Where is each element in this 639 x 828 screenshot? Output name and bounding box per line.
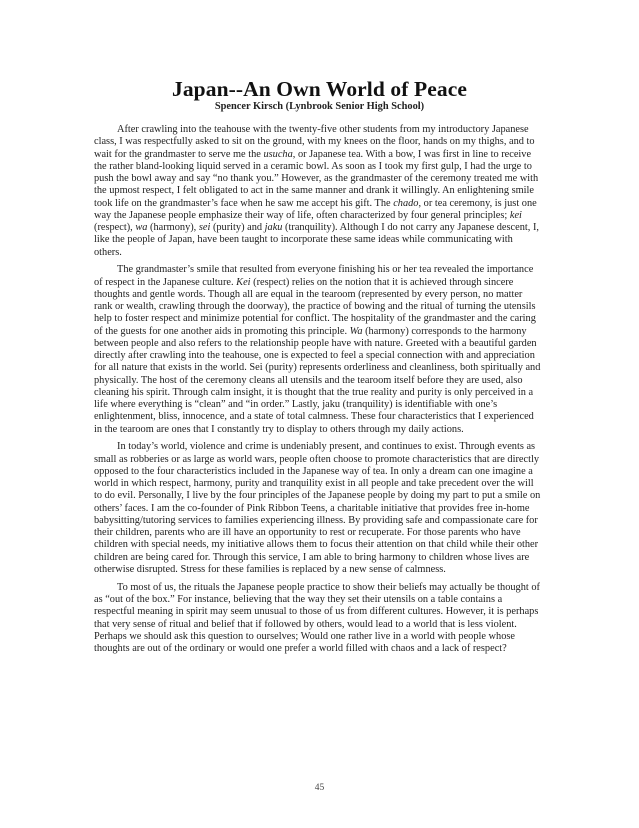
text-line: between people and also refers to the re… bbox=[94, 338, 546, 350]
italic-term: usucha bbox=[263, 149, 292, 160]
text-line: way the Japanese people emphasize their … bbox=[94, 210, 546, 222]
text-run: in the tearoom are ones that I constantl… bbox=[94, 424, 464, 435]
italic-term: Kei bbox=[236, 277, 250, 288]
text-run: rank or wealth, crawling through the doo… bbox=[94, 301, 536, 312]
text-line: for all nature that exists in the world.… bbox=[94, 362, 546, 374]
text-run: (respect), bbox=[94, 222, 135, 233]
text-run: others’ faces. I am the co-founder of Pi… bbox=[94, 503, 529, 514]
text-run: opposed to the four characteristics incl… bbox=[94, 466, 533, 477]
text-run: thoughts and gentle words. Though all ar… bbox=[94, 289, 522, 300]
text-line: cleaning his spirit. Through calm insigh… bbox=[94, 387, 546, 399]
paragraph: The grandmaster’s smile that resulted fr… bbox=[94, 264, 546, 436]
text-run: class, I was respectfully asked to sit o… bbox=[94, 136, 535, 147]
text-line: children are being cared for. Through th… bbox=[94, 552, 546, 564]
text-run: (harmony), bbox=[147, 222, 198, 233]
text-line: others. bbox=[94, 247, 546, 259]
text-line: of the guests for one another aids in pr… bbox=[94, 326, 546, 338]
text-run: to do evil. Personally, I live by the fo… bbox=[94, 490, 540, 501]
text-run: their children, parents who are ill have… bbox=[94, 527, 521, 538]
text-run: of respect in the Japanese culture. bbox=[94, 277, 236, 288]
text-line: took life on the grandmaster’s face when… bbox=[94, 198, 546, 210]
italic-term: chado bbox=[393, 198, 418, 209]
text-run: After crawling into the teahouse with th… bbox=[117, 124, 529, 135]
text-run: the upmost respect, I felt obligated to … bbox=[94, 185, 534, 196]
text-run: (respect) relies on the notion that it i… bbox=[251, 277, 514, 288]
text-line: thoughts are out of the ordinary or woul… bbox=[94, 643, 546, 655]
italic-term: jaku bbox=[265, 222, 283, 233]
text-run: respectful meaning in spirit may seem un… bbox=[94, 606, 538, 617]
text-run: as “out of the box.” For instance, belie… bbox=[94, 594, 502, 605]
paragraph: After crawling into the teahouse with th… bbox=[94, 124, 546, 259]
text-run: To most of us, the rituals the Japanese … bbox=[117, 582, 540, 593]
text-run: help to foster respect and minimize pote… bbox=[94, 313, 536, 324]
text-line: thoughts and gentle words. Though all ar… bbox=[94, 289, 546, 301]
text-run: , or Japanese tea. With a bow, I was fir… bbox=[293, 149, 531, 160]
text-run: thoughts are out of the ordinary or woul… bbox=[94, 643, 507, 654]
text-line: rank or wealth, crawling through the doo… bbox=[94, 301, 546, 313]
text-line: class, I was respectfully asked to sit o… bbox=[94, 136, 546, 148]
text-run: that very sense of ritual and belief tha… bbox=[94, 619, 517, 630]
author-line: Spencer Kirsch (Lynbrook Senior High Sch… bbox=[0, 101, 639, 112]
text-line: To most of us, the rituals the Japanese … bbox=[94, 582, 546, 594]
text-line: like the people of Japan, have been taug… bbox=[94, 234, 546, 246]
text-line: physically. The host of the ceremony cle… bbox=[94, 375, 546, 387]
text-run: the rather bland-looking liquid served i… bbox=[94, 161, 532, 172]
text-line: help to foster respect and minimize pote… bbox=[94, 313, 546, 325]
text-run: (tranquility). Although I do not carry a… bbox=[282, 222, 539, 233]
text-line: others’ faces. I am the co-founder of Pi… bbox=[94, 503, 546, 515]
text-line: After crawling into the teahouse with th… bbox=[94, 124, 546, 136]
text-line: world in which respect, harmony, purity … bbox=[94, 478, 546, 490]
essay-body: After crawling into the teahouse with th… bbox=[94, 124, 546, 661]
text-line: enlightenment, bliss, innocence, and a s… bbox=[94, 411, 546, 423]
text-run: The grandmaster’s smile that resulted fr… bbox=[117, 264, 533, 275]
italic-term: kei bbox=[510, 210, 522, 221]
text-run: others. bbox=[94, 247, 122, 258]
text-run: babysitting/tutoring services to familie… bbox=[94, 515, 538, 526]
text-run: In today’s world, violence and crime is … bbox=[117, 441, 535, 452]
text-run: otherwise disrupted. Stress for these fa… bbox=[94, 564, 446, 575]
text-line: the upmost respect, I felt obligated to … bbox=[94, 185, 546, 197]
text-run: (purity) and bbox=[210, 222, 264, 233]
text-line: as “out of the box.” For instance, belie… bbox=[94, 594, 546, 606]
italic-term: wa bbox=[135, 222, 147, 233]
text-run: life where everything is “clean” and “in… bbox=[94, 399, 497, 410]
text-run: of the guests for one another aids in pr… bbox=[94, 326, 350, 337]
italic-term: sei bbox=[199, 222, 211, 233]
text-line: to do evil. Personally, I live by the fo… bbox=[94, 490, 546, 502]
text-run: wait for the grandmaster to serve me the bbox=[94, 149, 263, 160]
text-run: children are being cared for. Through th… bbox=[94, 552, 529, 563]
text-run: took life on the grandmaster’s face when… bbox=[94, 198, 393, 209]
text-line: directly after crawling into the teahous… bbox=[94, 350, 546, 362]
text-run: directly after crawling into the teahous… bbox=[94, 350, 535, 361]
text-run: push the bowl away and say “no thank you… bbox=[94, 173, 538, 184]
text-line: wait for the grandmaster to serve me the… bbox=[94, 149, 546, 161]
text-line: In today’s world, violence and crime is … bbox=[94, 441, 546, 453]
text-run: world in which respect, harmony, purity … bbox=[94, 478, 534, 489]
text-run: Perhaps we should ask this question to o… bbox=[94, 631, 515, 642]
text-line: otherwise disrupted. Stress for these fa… bbox=[94, 564, 546, 576]
text-line: that very sense of ritual and belief tha… bbox=[94, 619, 546, 631]
text-run: like the people of Japan, have been taug… bbox=[94, 234, 513, 245]
text-line: opposed to the four characteristics incl… bbox=[94, 466, 546, 478]
text-run: between people and also refers to the re… bbox=[94, 338, 537, 349]
paragraph: In today’s world, violence and crime is … bbox=[94, 441, 546, 576]
text-line: babysitting/tutoring services to familie… bbox=[94, 515, 546, 527]
text-run: small as robberies or as large as world … bbox=[94, 454, 539, 465]
text-line: Perhaps we should ask this question to o… bbox=[94, 631, 546, 643]
text-run: physically. The host of the ceremony cle… bbox=[94, 375, 523, 386]
text-line: the rather bland-looking liquid served i… bbox=[94, 161, 546, 173]
text-line: in the tearoom are ones that I constantl… bbox=[94, 424, 546, 436]
text-line: children with special needs, my initiati… bbox=[94, 539, 546, 551]
italic-term: Wa bbox=[350, 326, 363, 337]
document-page: Japan--An Own World of Peace Spencer Kir… bbox=[0, 0, 639, 828]
page-title: Japan--An Own World of Peace bbox=[0, 77, 639, 102]
text-run: children with special needs, my initiati… bbox=[94, 539, 538, 550]
text-run: way the Japanese people emphasize their … bbox=[94, 210, 510, 221]
text-run: cleaning his spirit. Through calm insigh… bbox=[94, 387, 533, 398]
text-line: (respect), wa (harmony), sei (purity) an… bbox=[94, 222, 546, 234]
text-line: The grandmaster’s smile that resulted fr… bbox=[94, 264, 546, 276]
text-run: enlightenment, bliss, innocence, and a s… bbox=[94, 411, 534, 422]
text-line: life where everything is “clean” and “in… bbox=[94, 399, 546, 411]
paragraph: To most of us, the rituals the Japanese … bbox=[94, 582, 546, 656]
text-line: respectful meaning in spirit may seem un… bbox=[94, 606, 546, 618]
text-run: (harmony) corresponds to the harmony bbox=[363, 326, 527, 337]
text-line: of respect in the Japanese culture. Kei … bbox=[94, 277, 546, 289]
text-line: their children, parents who are ill have… bbox=[94, 527, 546, 539]
page-number: 45 bbox=[0, 783, 639, 793]
text-line: small as robberies or as large as world … bbox=[94, 454, 546, 466]
text-line: push the bowl away and say “no thank you… bbox=[94, 173, 546, 185]
text-run: , or tea ceremony, is just one bbox=[418, 198, 536, 209]
text-run: for all nature that exists in the world.… bbox=[94, 362, 540, 373]
